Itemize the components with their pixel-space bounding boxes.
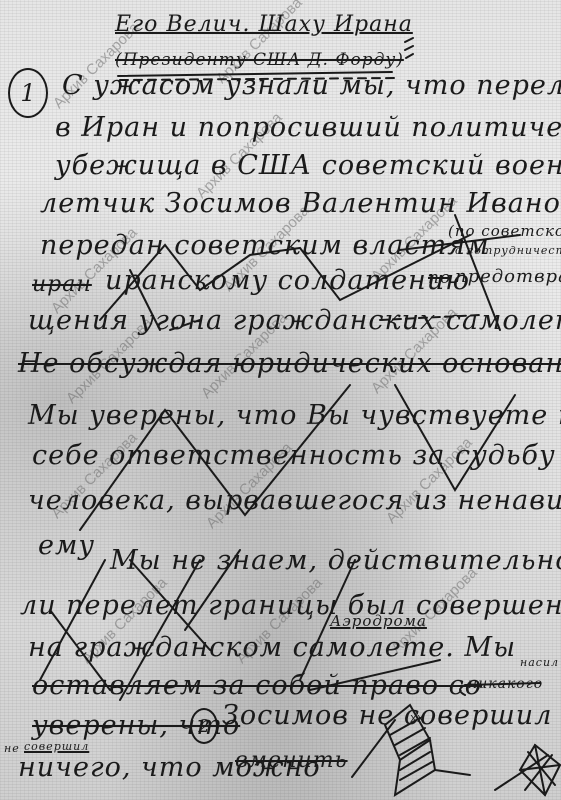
insert-small: о сотрудничестве <box>455 244 561 257</box>
text-line: щения угона гражданских самолетов? <box>28 305 561 336</box>
paragraph-number-1: 1 <box>8 68 48 118</box>
scanned-document-page: Архив Сахарова Архив Сахарова Архив Саха… <box>0 0 561 800</box>
insert-continuation: предотвра- <box>455 266 561 287</box>
text-line: летчик Зосимов Валентин Иванович <box>40 188 561 219</box>
text-line: человека, вырвавшегося из ненавистной <box>28 485 561 516</box>
text-line: передан советским властям <box>40 230 489 261</box>
struck-word: иран <box>32 272 92 297</box>
text-line: Зосимов не совершил <box>222 700 552 731</box>
crossed-text-line: на гражданском самолете. Мы <box>28 632 516 663</box>
text-line: в Иран и попросивший политического <box>55 112 561 143</box>
text-line: Мы уверены, что Вы чувствуете на <box>28 400 561 431</box>
addressee-struck-line: (Президенту США Д. Форду) <box>115 50 404 70</box>
struck-word: по <box>428 268 451 288</box>
text-line: иранскому солдатению <box>105 265 470 296</box>
text-line: С ужасом узнали мы, что перелетевший <box>62 70 561 101</box>
struck-line: оставляем за собой право со <box>32 670 482 701</box>
text-line: ему <box>38 530 95 561</box>
text-line: убежища в США советский военный <box>55 150 561 181</box>
addressee-line: Его Велич. Шаху Ирана <box>115 12 413 37</box>
flag-doodle-uk <box>495 745 560 795</box>
aerodrome-insert: Аэродрома <box>330 612 427 630</box>
struck-word: вменить <box>235 748 348 773</box>
text-line: себе ответственность за судьбу этого <box>32 440 561 471</box>
struck-line: Не обсуждая юридических оснований <box>18 348 561 379</box>
insert-nikakogo: никакого <box>468 676 543 692</box>
crossed-text-line: ли перелет границы был совершен <box>20 590 561 621</box>
insert-nasil: насил <box>520 656 559 669</box>
insert-paren: (по советско- <box>448 222 561 240</box>
paragraph-number-2: 2 <box>190 708 218 744</box>
crossed-text-line: Мы не знаем, действительно <box>110 545 561 576</box>
